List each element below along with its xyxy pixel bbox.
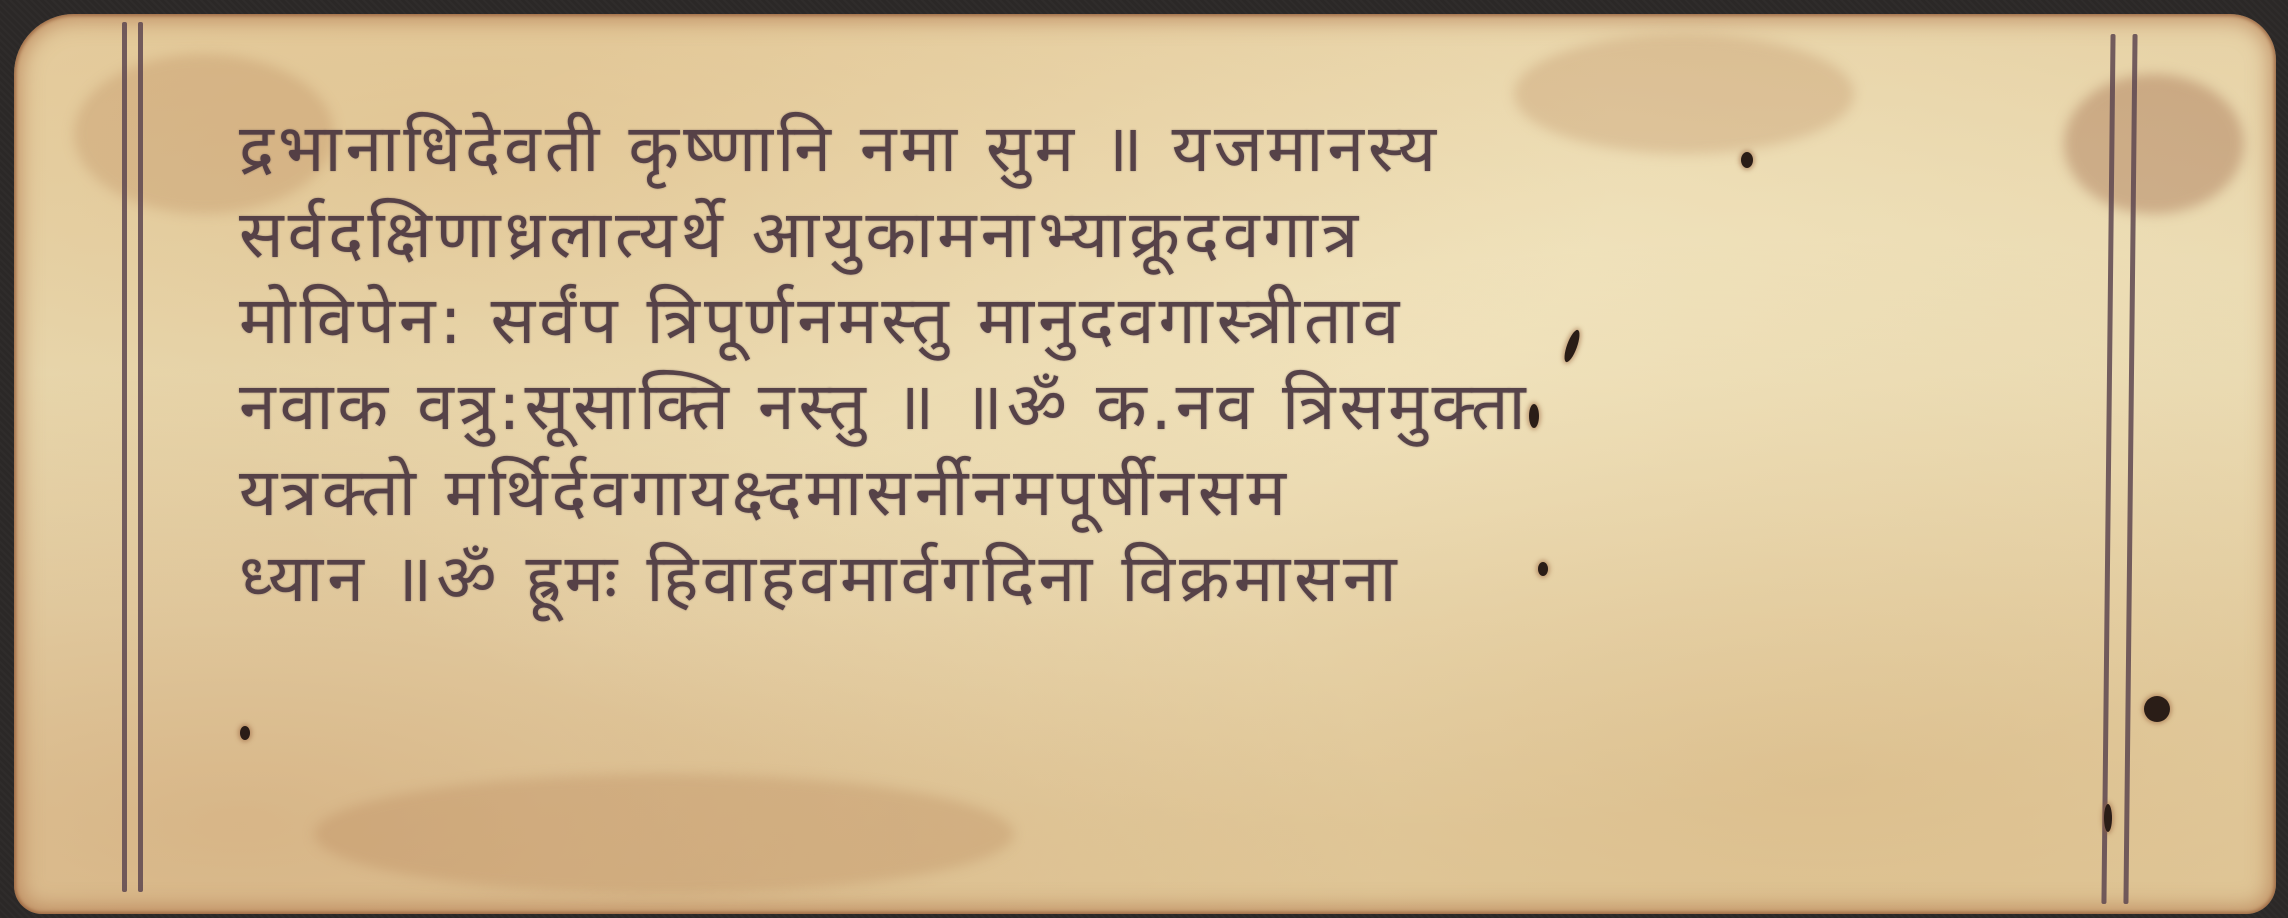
text-line-3: मोविपेन: सर्वंप त्रिपूर्णनमस्तु मानुदवगा…	[239, 278, 2109, 364]
line-text: नवाक वत्रु:सूसाक्ति नस्तु ॥ ॥ॐ क.नव त्रि…	[239, 364, 1530, 450]
line-text: यत्रक्तो मर्थिर्दवगायक्ष्दमासर्नीनमपूर्ष…	[239, 450, 1290, 536]
line-text: मोविपेन: सर्वंप त्रिपूर्णनमस्तु मानुदवगा…	[239, 278, 1403, 364]
text-line-2: सर्वदक्षिणाध्रलात्यर्थे आयुकामनाभ्याक्रू…	[239, 192, 2109, 278]
text-line-6: ध्यान ॥ॐ ह्रूमः हिवाहवमार्वगदिना विक्रमा…	[239, 536, 2109, 622]
left-margin-rule	[138, 22, 143, 892]
line-text: ध्यान ॥ॐ ह्रूमः हिवाहवमार्वगदिना विक्रमा…	[239, 536, 1401, 622]
line-text: द्रभानाधिदेवती कृष्णानि नमा सुम ॥ यजमानस…	[239, 106, 1440, 192]
left-margin-rule	[122, 22, 127, 892]
text-line-5: यत्रक्तो मर्थिर्दवगायक्ष्दमासर्नीनमपूर्ष…	[239, 450, 2109, 536]
worm-hole	[2104, 804, 2112, 832]
manuscript-text: द्रभानाधिदेवती कृष्णानि नमा सुम ॥ यजमानस…	[239, 106, 2109, 622]
worm-hole	[240, 726, 250, 740]
water-stain	[314, 774, 1014, 894]
text-line-1: द्रभानाधिदेवती कृष्णानि नमा सुम ॥ यजमानस…	[239, 106, 2109, 192]
line-text: सर्वदक्षिणाध्रलात्यर्थे आयुकामनाभ्याक्रू…	[239, 192, 1362, 278]
worm-hole	[2144, 696, 2170, 722]
text-line-4: नवाक वत्रु:सूसाक्ति नस्तु ॥ ॥ॐ क.नव त्रि…	[239, 364, 2109, 450]
manuscript-folio: द्रभानाधिदेवती कृष्णानि नमा सुम ॥ यजमानस…	[14, 14, 2276, 914]
